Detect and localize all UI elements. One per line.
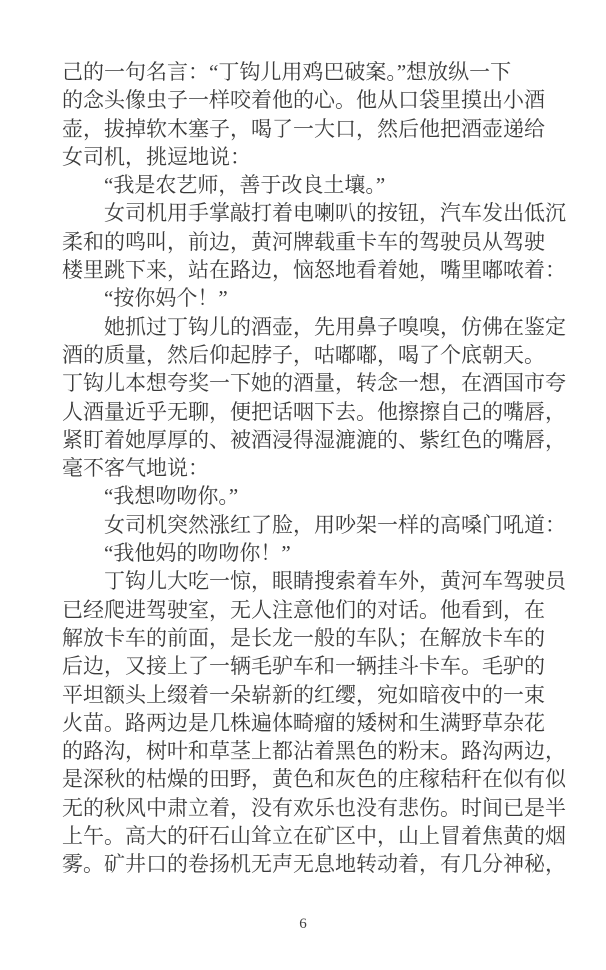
text-line: 毫不客气地说： (62, 454, 552, 482)
text-line: 火苗。路两边是几株遍体畸瘤的矮树和生满野草杂花 (62, 709, 552, 737)
text-line: 紧盯着她厚厚的、被酒浸得湿漉漉的、紫红色的嘴唇， (62, 426, 552, 454)
text-line: 她抓过丁钩儿的酒壶，先用鼻子嗅嗅，仿佛在鉴定 (62, 313, 552, 341)
text-line: 酒的质量，然后仰起脖子，咕嘟嘟，喝了个底朝天。 (62, 341, 552, 369)
text-line: 平坦额头上缀着一朵崭新的红缨，宛如暗夜中的一束 (62, 681, 552, 709)
book-page: 己的一句名言：“丁钩儿用鸡巴破案。”想放纵一下 的念头像虫子一样咬着他的心。他从… (0, 0, 606, 970)
text-line: 上午。高大的矸石山耸立在矿区中，山上冒着焦黄的烟 (62, 822, 552, 850)
text-line: 楼里跳下来，站在路边，恼怒地看着她，嘴里嘟哝着： (62, 256, 552, 284)
text-line: “我想吻吻你。” (62, 482, 552, 510)
text-line: 无的秋风中肃立着，没有欢乐也没有悲伤。时间已是半 (62, 794, 552, 822)
text-line: 雾。矿井口的卷扬机无声无息地转动着，有几分神秘， (62, 850, 552, 878)
page-number: 6 (0, 916, 606, 933)
text-line: 女司机，挑逗地说： (62, 143, 552, 171)
text-line: 女司机用手掌敲打着电喇叭的按钮，汽车发出低沉 (62, 199, 552, 227)
text-line: 的路沟，树叶和草茎上都沾着黑色的粉末。路沟两边， (62, 737, 552, 765)
text-line: “我是农艺师，善于改良土壤。” (62, 171, 552, 199)
text-line: 的念头像虫子一样咬着他的心。他从口袋里摸出小酒 (62, 86, 552, 114)
text-line: 是深秋的枯燥的田野，黄色和灰色的庄稼秸秆在似有似 (62, 765, 552, 793)
page-text-block: 己的一句名言：“丁钩儿用鸡巴破案。”想放纵一下 的念头像虫子一样咬着他的心。他从… (62, 58, 552, 879)
text-line: 丁钩儿大吃一惊，眼睛搜索着车外，黄河车驾驶员 (62, 567, 552, 595)
text-line: 女司机突然涨红了脸，用吵架一样的高嗓门吼道： (62, 511, 552, 539)
text-line: 人酒量近乎无聊，便把话咽下去。他擦擦自己的嘴唇， (62, 398, 552, 426)
text-line: 丁钩儿本想夸奖一下她的酒量，转念一想，在酒国市夸 (62, 369, 552, 397)
text-line: “按你妈个！” (62, 284, 552, 312)
text-line: 已经爬进驾驶室，无人注意他们的对话。他看到，在 (62, 596, 552, 624)
text-line: 后边，又接上了一辆毛驴车和一辆挂斗卡车。毛驴的 (62, 652, 552, 680)
text-line: 己的一句名言：“丁钩儿用鸡巴破案。”想放纵一下 (62, 58, 552, 86)
text-line: “我他妈的吻吻你！” (62, 539, 552, 567)
text-line: 解放卡车的前面，是长龙一般的车队；在解放卡车的 (62, 624, 552, 652)
text-line: 壶，拔掉软木塞子，喝了一大口，然后他把酒壶递给 (62, 115, 552, 143)
text-line: 柔和的鸣叫，前边，黄河牌载重卡车的驾驶员从驾驶 (62, 228, 552, 256)
